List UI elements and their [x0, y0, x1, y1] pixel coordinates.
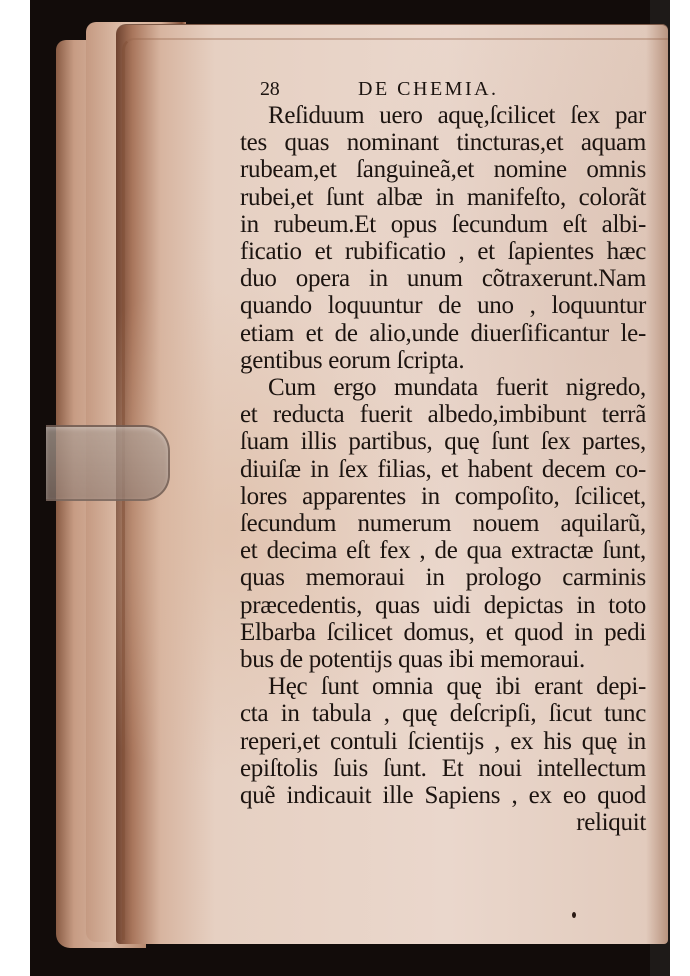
text-line: etiam et de alio,unde diuerſificantur le… — [240, 320, 646, 347]
text-line: lores apparentes in compoſito, ſcilicet, — [240, 483, 646, 510]
text-line: rubei,et ſunt albæ in manifeſto, colorãt — [240, 184, 646, 211]
page-header: 28 DE CHEMIA. — [240, 76, 646, 102]
text-line: ficatio et rubificatio , et ſapientes hæ… — [240, 238, 646, 265]
text-line: rubeam,et ſanguineã,et nomine omnis — [240, 156, 646, 183]
text-line: quando loquuntur de uno , loquuntur — [240, 292, 646, 319]
text-line: gentibus eorum ſcripta. — [240, 347, 646, 374]
text-line: quas memoraui in prologo carminis — [240, 564, 646, 591]
text-line: Reſiduum uero aquę,ſcilicet ſex par — [240, 102, 646, 129]
text-line: ſecundum numerum nouem aquilarũ, — [240, 510, 646, 537]
text-line: præcedentis, quas uidi depictas in toto — [240, 592, 646, 619]
text-line: cta in tabula , quę deſcripſi, ſicut tun… — [240, 700, 646, 727]
text-line: bus de potentijs quas ibi memoraui. — [240, 646, 646, 673]
text-line: in rubeum.Et opus ſecundum eſt albi- — [240, 211, 646, 238]
text-line: et reducta fuerit albedo,imbibunt terrã — [240, 401, 646, 428]
body-lines: Reſiduum uero aquę,ſcilicet ſex partes q… — [240, 102, 646, 809]
page-clip — [46, 425, 170, 501]
text-line: et decima eſt fex , de qua extractæ ſunt… — [240, 537, 646, 564]
text-line: tes quas nominant tincturas,et aquam — [240, 129, 646, 156]
text-line: reperi,et contuli ſcientijs , ex his quę… — [240, 728, 646, 755]
running-title: DE CHEMIA. — [358, 76, 499, 102]
text-line: Cum ergo mundata fuerit nigredo, — [240, 374, 646, 401]
text-line: Hęc ſunt omnia quę ibi erant depi- — [240, 673, 646, 700]
text-line: ſuam illis partibus, quę ſunt ſex partes… — [240, 428, 646, 455]
ink-spot — [572, 912, 576, 918]
text-line: diuiſæ in ſex filias, et habent decem co… — [240, 456, 646, 483]
page-text: 28 DE CHEMIA. Reſiduum uero aquę,ſcilice… — [240, 76, 646, 836]
text-line: quẽ indicauit ille Sapiens , ex eo quod — [240, 782, 646, 809]
text-line: Elbarba ſcilicet domus, et quod in pedi — [240, 619, 646, 646]
text-line: epiſtolis ſuis ſunt. Et noui intellectum — [240, 755, 646, 782]
catchword: reliquit — [240, 809, 646, 836]
page-number: 28 — [260, 76, 279, 102]
text-line: duo opera in unum cõtraxerunt.Nam — [240, 265, 646, 292]
